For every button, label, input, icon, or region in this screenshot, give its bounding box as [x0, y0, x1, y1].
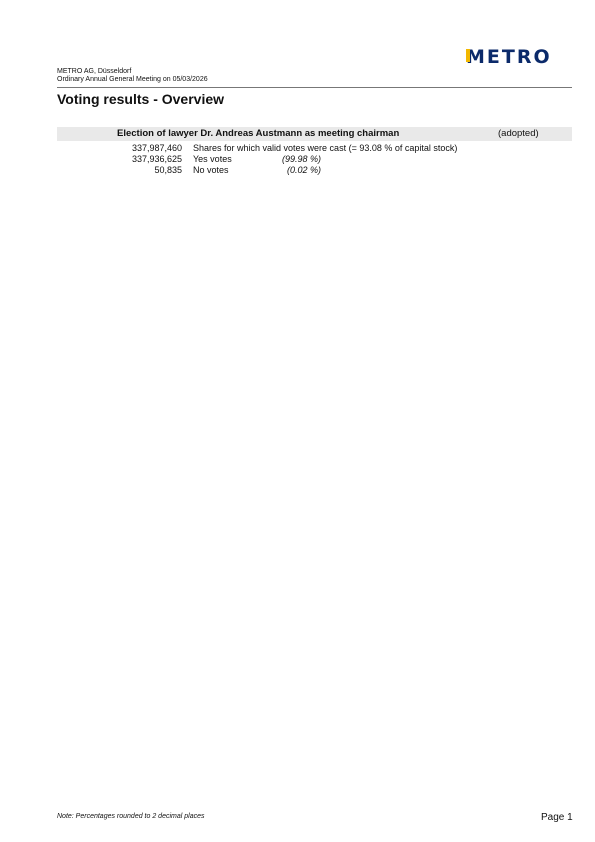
no-votes-value: 50,835 — [102, 165, 182, 175]
footer-note: Note: Percentages rounded to 2 decimal p… — [57, 813, 204, 820]
no-votes-label: No votes — [193, 165, 229, 175]
no-votes-percent: (0.02 %) — [261, 165, 321, 175]
yes-votes-label: Yes votes — [193, 154, 232, 164]
metro-logo: METRO — [466, 46, 552, 68]
valid-shares-value: 337,987,460 — [102, 143, 182, 153]
resolution-status: (adopted) — [498, 128, 539, 139]
yes-votes-value: 337,936,625 — [102, 154, 182, 164]
logo-text: METRO — [466, 46, 552, 68]
meeting-name: Ordinary Annual General Meeting on 05/03… — [57, 76, 208, 83]
yes-votes-percent: (99.98 %) — [261, 154, 321, 164]
page-number: Page 1 — [541, 812, 573, 823]
header-divider — [57, 87, 572, 88]
resolution-title: Election of lawyer Dr. Andreas Austmann … — [117, 128, 399, 139]
page-title: Voting results - Overview — [57, 91, 224, 107]
valid-shares-label: Shares for which valid votes were cast (… — [193, 143, 457, 153]
company-name: METRO AG, Düsseldorf — [57, 68, 131, 75]
